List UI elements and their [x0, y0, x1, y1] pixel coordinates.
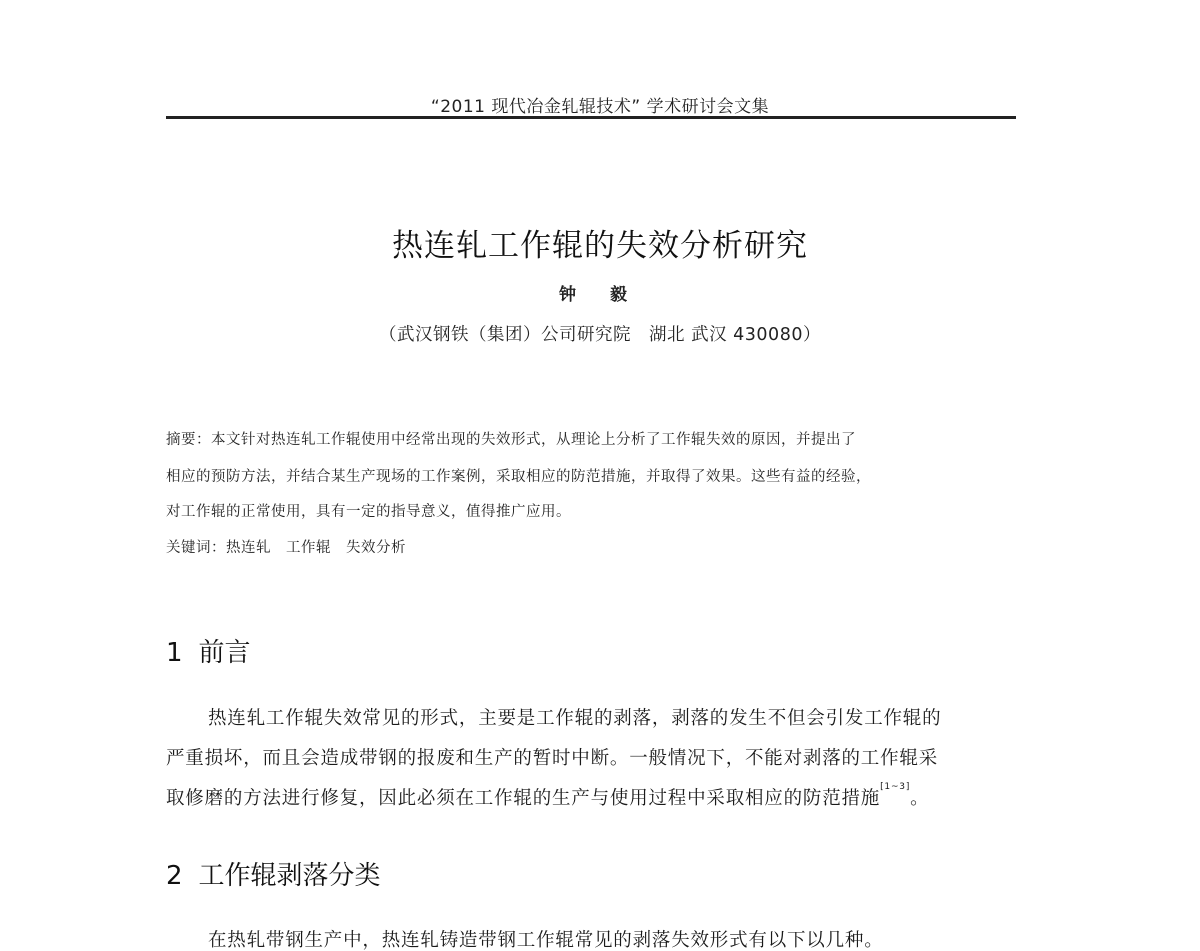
- affiliation: （武汉钢铁（集团）公司研究院 湖北 武汉 430080）: [0, 321, 1200, 346]
- abstract-line: 相应的预防方法，并结合某生产现场的工作案例，采取相应的防范措施，并取得了效果。这…: [166, 465, 1026, 486]
- section-number: 2: [166, 861, 183, 891]
- end-punct: 。: [910, 788, 929, 809]
- abstract-line: 摘要：本文针对热连轧工作辊使用中经常出现的失效形式，从理论上分析了工作辊失效的原…: [166, 428, 1026, 449]
- citation: [1~3]: [880, 782, 910, 792]
- section-number: 1: [166, 638, 183, 668]
- section-title: 前言: [199, 638, 251, 668]
- running-head: “2011 现代冶金轧辊技术” 学术研讨会文集: [0, 92, 1200, 117]
- keywords: 关键词：热连轧 工作辊 失效分析: [166, 536, 1026, 557]
- author: 钟 毅: [0, 280, 1200, 305]
- body-line: 严重损坏，而且会造成带钢的报废和生产的暂时中断。一般情况下，不能对剥落的工作辊采: [166, 744, 1026, 770]
- body-text: 取修磨的方法进行修复，因此必须在工作辊的生产与使用过程中采取相应的防范措施: [166, 788, 880, 809]
- section-title: 工作辊剥落分类: [199, 861, 381, 891]
- body-line: 热连轧工作辊失效常见的形式，主要是工作辊的剥落，剥落的发生不但会引发工作辊的: [208, 704, 1068, 730]
- body-line: 在热轧带钢生产中，热连轧铸造带钢工作辊常见的剥落失效形式有以下以几种。: [208, 926, 1068, 951]
- header-rule: [166, 116, 1016, 119]
- abstract-line: 对工作辊的正常使用，具有一定的指导意义，值得推广应用。: [166, 500, 1026, 521]
- paper-title: 热连轧工作辊的失效分析研究: [0, 220, 1200, 265]
- section-heading-1: 1前言: [166, 632, 251, 669]
- body-line: 取修磨的方法进行修复，因此必须在工作辊的生产与使用过程中采取相应的防范措施[1~…: [166, 784, 1026, 810]
- section-heading-2: 2工作辊剥落分类: [166, 855, 381, 892]
